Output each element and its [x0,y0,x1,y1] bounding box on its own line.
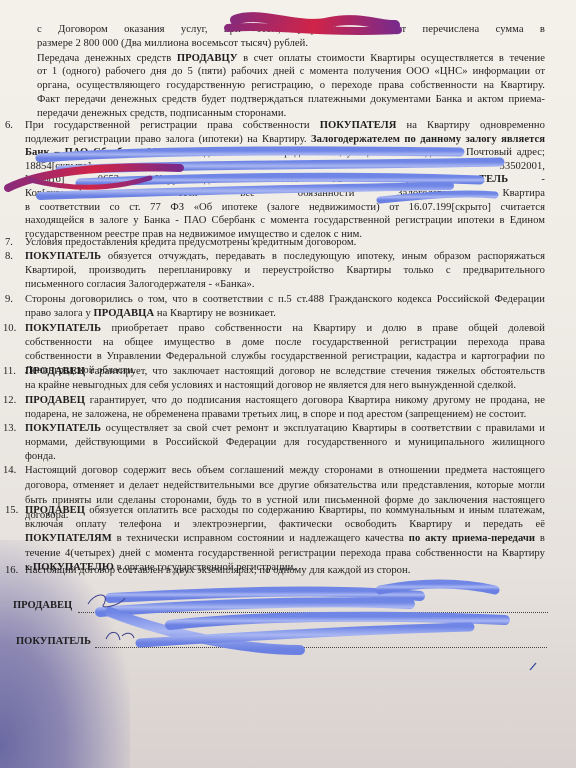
clause-number: 16. [5,565,18,577]
clause-number: 15. [5,505,18,517]
buyer-signature-line [95,647,547,648]
clause-6-line: 18854[скрыто] ... 33502001, [25,161,545,173]
clause-11-line: ПРОДАВЕЦ гарантирует, что заключает наст… [25,366,545,378]
clause-13-line: фонда. [25,451,545,463]
seller-signature-label: ПРОДАВЕЦ [13,600,72,611]
clause-number: 6. [5,120,13,132]
clause-number: 13. [3,423,16,435]
payment-line: передачи денежных средств, подписанным с… [37,108,545,120]
clause-6-line: [скрыто] 0653. Корреспондентский счет № … [25,174,545,186]
payment-line: Передача денежных средств ПРОДАВЦУ в сче… [37,53,545,65]
clause-15-line: включая оплату телефона и электроэнергии… [25,519,545,531]
payment-line: от 1 (одного) рабочего дня до 5 (пяти) р… [37,66,545,78]
clause-6-line: При государственной регистрации права со… [25,120,545,132]
buyer-signature-label: ПОКУПАТЕЛЬ [16,636,91,647]
clause-12-line: ПРОДАВЕЦ гарантирует, что до подписания … [25,395,545,407]
clause-9-line: Стороны договорились о том, что в соотве… [25,294,545,306]
clause-14-line: договора, отменяет и делает недействител… [25,480,545,492]
clause-10-line: собственности в Управлении Федеральной с… [25,351,545,363]
clause-7-line: Условия предоставления кредита предусмот… [25,237,545,249]
clause-8-line: ПОКУПАТЕЛЬ обязуется отчуждать, передава… [25,251,545,263]
clause-15-line: течение 4(четырех) дней с момента госуда… [25,548,545,560]
clause-number: 9. [5,294,13,306]
clause-6-line: в соответствии со ст. 77 ФЗ «Об ипотеке … [25,202,545,214]
clause-6-line: Ков[скрыто] на себя все обязанности Зало… [25,188,545,200]
intro-line: размере 2 800 000 (Два миллиона восемьсо… [37,38,308,50]
clause-15-line: ПРОДАВЕЦ обязуется оплатить все расходы … [25,505,545,517]
clause-8-line: Квартирой, производить перепланировку и … [25,265,545,277]
clause-6-line: Банк – ПАО Сбербанк. Местонахождение: 11… [25,147,545,159]
clause-10-line: ПОКУПАТЕЛЬ приобретает право собственнос… [25,323,545,335]
clause-12-line: подарена, не заложена, не обременена пра… [25,409,545,421]
clause-16-line: Настоящий договор составлен в двух экзем… [25,565,545,577]
clause-13-line: нормами, действующими в Российской Федер… [25,437,545,449]
clause-8-line: письменного согласия Залогодержателя - «… [25,279,545,291]
clause-14-line: Настоящий договор содержит весь объем со… [25,465,545,477]
clause-9-line: право залога у ПРОДАВЦА на Квартиру не в… [25,308,545,320]
clause-number: 14. [3,465,16,477]
clause-6-line: подлежит регистрации право залога (ипоте… [25,134,545,146]
clause-10-line: собственности на общее имущество в доме … [25,337,545,349]
payment-line: Факт передачи денежных средств будет под… [37,94,545,106]
clause-13-line: ПОКУПАТЕЛЬ осуществляет за свой счет рем… [25,423,545,435]
clause-11-line: на крайне невыгодных для себя условиях и… [25,380,545,392]
clause-number: 8. [5,251,13,263]
payment-line: органа, осуществляющего государственную … [37,80,545,92]
clause-15-line: ПОКУПАТЕЛЯМ в технически исправном состо… [25,533,545,545]
clause-6-line: находящейся в залоге у Банка - ПАО Сберб… [25,215,545,227]
clause-number: 7. [5,237,13,249]
clause-number: 11. [3,366,16,378]
clause-number: 10. [3,323,16,335]
seller-signature-line [78,612,548,613]
intro-line: с Договором оказания услуг, при этом, [с… [37,24,545,36]
clause-number: 12. [3,395,16,407]
